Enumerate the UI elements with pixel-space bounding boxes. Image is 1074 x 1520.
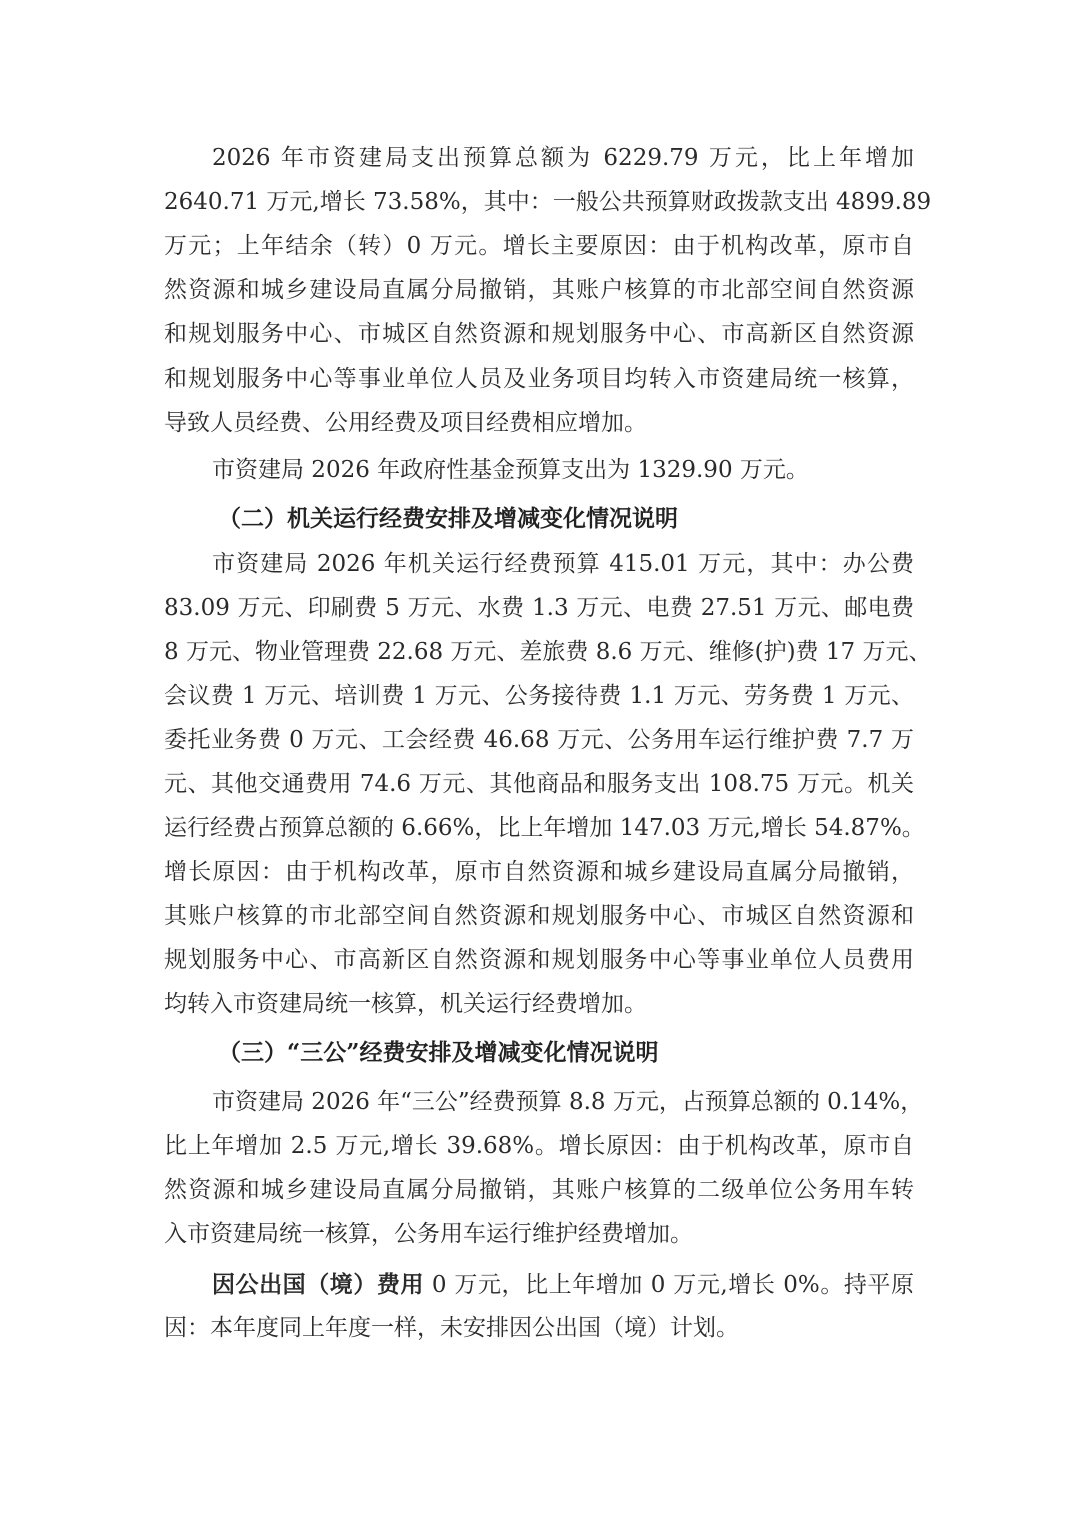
paragraph-line: 市资建局 2026 年机关运行经费预算 415.01 万元，其中：办公费 [212, 546, 914, 583]
paragraph-line: 元、其他交通费用 74.6 万元、其他商品和服务支出 108.75 万元。机关 [164, 766, 914, 803]
paragraph-line: 8 万元、物业管理费 22.68 万元、差旅费 8.6 万元、维修(护)费 17… [164, 634, 914, 671]
paragraph-line: 导致人员经费、公用经费及项目经费相应增加。 [164, 405, 914, 442]
paragraph-line: 然资源和城乡建设局直属分局撤销，其账户核算的二级单位公务用车转 [164, 1172, 914, 1209]
document-page: 2026 年市资建局支出预算总额为 6229.79 万元，比上年增加 2640.… [0, 0, 1074, 1520]
paragraph-line: 2026 年市资建局支出预算总额为 6229.79 万元，比上年增加 [212, 140, 914, 177]
paragraph-line: 规划服务中心、市高新区自然资源和规划服务中心等事业单位人员费用 [164, 942, 914, 979]
paragraph-line: 均转入市资建局统一核算，机关运行经费增加。 [164, 986, 914, 1023]
paragraph-line: 比上年增加 2.5 万元,增长 39.68%。增长原因：由于机构改革，原市自 [164, 1128, 914, 1165]
paragraph-line: 和规划服务中心等事业单位人员及业务项目均转入市资建局统一核算， [164, 361, 914, 398]
paragraph-line: 万元；上年结余（转）0 万元。增长主要原因：由于机构改革，原市自 [164, 228, 914, 265]
paragraph-line: 运行经费占预算总额的 6.66%，比上年增加 147.03 万元,增长 54.8… [164, 810, 914, 847]
section-heading: （二）机关运行经费安排及增减变化情况说明 [218, 500, 678, 537]
paragraph-line: 其账户核算的市北部空间自然资源和规划服务中心、市城区自然资源和 [164, 898, 914, 935]
paragraph-line: 因公出国（境）费用 0 万元，比上年增加 0 万元,增长 0%。持平原 [212, 1266, 914, 1303]
paragraph-line: 入市资建局统一核算，公务用车运行维护经费增加。 [164, 1216, 914, 1253]
paragraph-text: 0 万元，比上年增加 0 万元,增长 0%。持平原 [424, 1272, 914, 1298]
paragraph-line: 市资建局 2026 年“三公”经费预算 8.8 万元，占预算总额的 0.14%， [212, 1084, 914, 1121]
paragraph-line: 83.09 万元、印刷费 5 万元、水费 1.3 万元、电费 27.51 万元、… [164, 590, 914, 627]
bold-lead-text: 因公出国（境）费用 [212, 1271, 424, 1298]
paragraph-line: 因：本年度同上年度一样，未安排因公出国（境）计划。 [164, 1310, 914, 1347]
paragraph-line: 增长原因：由于机构改革，原市自然资源和城乡建设局直属分局撤销， [164, 854, 914, 891]
paragraph-line: 然资源和城乡建设局直属分局撤销，其账户核算的市北部空间自然资源 [164, 272, 914, 309]
paragraph-line: 市资建局 2026 年政府性基金预算支出为 1329.90 万元。 [212, 452, 914, 489]
section-heading: （三）“三公”经费安排及增减变化情况说明 [218, 1034, 658, 1071]
paragraph-line: 委托业务费 0 万元、工会经费 46.68 万元、公务用车运行维护费 7.7 万 [164, 722, 914, 759]
paragraph-line: 会议费 1 万元、培训费 1 万元、公务接待费 1.1 万元、劳务费 1 万元、 [164, 678, 914, 715]
paragraph-line: 和规划服务中心、市城区自然资源和规划服务中心、市高新区自然资源 [164, 316, 914, 353]
paragraph-line: 2640.71 万元,增长 73.58%，其中：一般公共预算财政拨款支出 489… [164, 184, 914, 221]
